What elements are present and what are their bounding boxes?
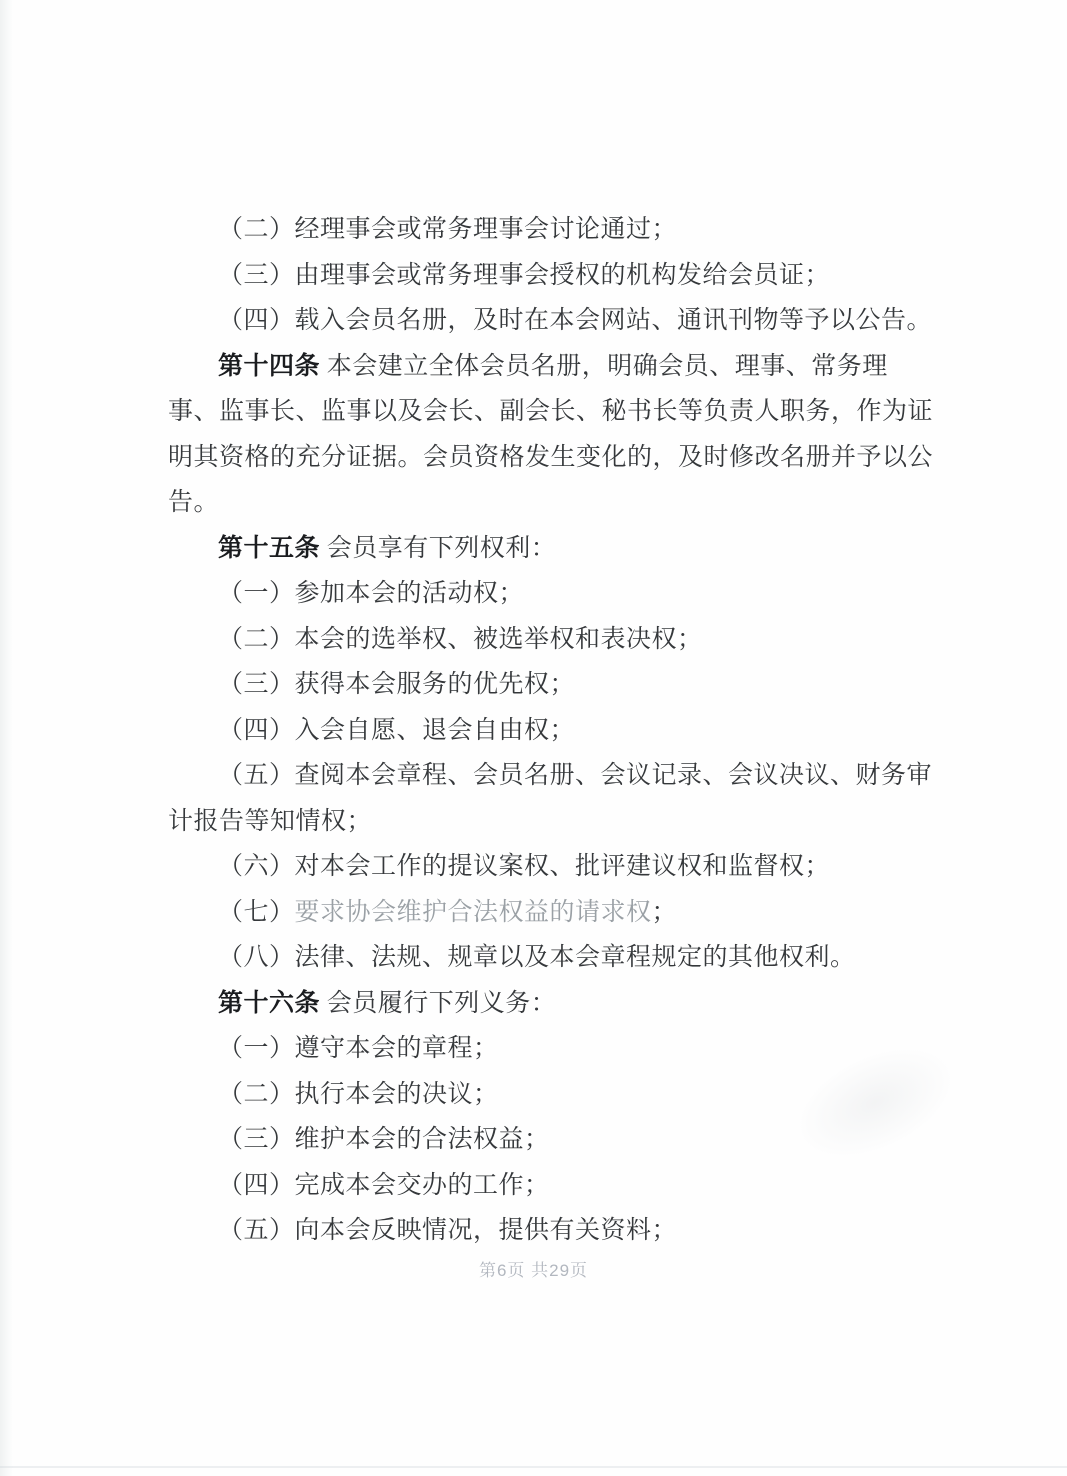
document-line: （四）入会自愿、退会自由权；: [168, 708, 947, 754]
document-line: （四）载入会员名册，及时在本会网站、通讯刊物等予以公告。: [168, 298, 947, 344]
document-line: 告。: [168, 480, 947, 526]
article-heading: 第十六条: [218, 990, 320, 1017]
document-line: （五）向本会反映情况，提供有关资料；: [168, 1208, 947, 1254]
article-heading: 第十五条: [218, 535, 320, 562]
document-line: 事、监事长、监事以及会长、副会长、秘书长等负责人职务，作为证: [168, 389, 947, 435]
body-text: ；: [652, 899, 678, 926]
article-heading: 第十四条: [218, 353, 320, 380]
body-text: （五）查阅本会章程、会员名册、会议记录、会议决议、财务审: [218, 762, 932, 789]
body-text: 会员履行下列义务：: [320, 990, 556, 1017]
document-line: 第十五条 会员享有下列权利：: [168, 526, 947, 572]
muted-text: 要求协会维护合法权益的请求权: [295, 899, 652, 926]
document-line: 明其资格的充分证据。会员资格发生变化的，及时修改名册并予以公: [168, 435, 947, 481]
body-text: （四）完成本会交办的工作；: [218, 1172, 550, 1199]
body-text: 会员享有下列权利：: [320, 535, 556, 562]
body-text: （二）执行本会的决议；: [218, 1081, 499, 1108]
document-line: （三）维护本会的合法权益；: [168, 1117, 947, 1163]
document-line: （二）执行本会的决议；: [168, 1072, 947, 1118]
document-line: （二）本会的选举权、被选举权和表决权；: [168, 617, 947, 663]
page-number-indicator: 第6页 共29页: [0, 1258, 1067, 1284]
document-line: （五）查阅本会章程、会员名册、会议记录、会议决议、财务审: [168, 753, 947, 799]
scan-bottom-edge: [0, 1466, 1067, 1468]
document-line: （四）完成本会交办的工作；: [168, 1163, 947, 1209]
document-line: （一）参加本会的活动权；: [168, 571, 947, 617]
document-line: （六）对本会工作的提议案权、批评建议权和监督权；: [168, 844, 947, 890]
body-text: 事、监事长、监事以及会长、副会长、秘书长等负责人职务，作为证: [168, 398, 933, 425]
document-line: （七）要求协会维护合法权益的请求权；: [168, 890, 947, 936]
body-text: （四）载入会员名册，及时在本会网站、通讯刊物等予以公告。: [218, 307, 932, 334]
document-line: （三）由理事会或常务理事会授权的机构发给会员证；: [168, 253, 947, 299]
document-line: （一）遵守本会的章程；: [168, 1026, 947, 1072]
body-text: 计报告等知情权；: [168, 808, 372, 835]
body-text: （七）: [218, 899, 295, 926]
body-text: （八）法律、法规、规章以及本会章程规定的其他权利。: [218, 944, 856, 971]
body-text: （三）维护本会的合法权益；: [218, 1126, 550, 1153]
body-text: 告。: [168, 489, 219, 516]
body-text: （一）参加本会的活动权；: [218, 580, 524, 607]
body-text: （三）获得本会服务的优先权；: [218, 671, 575, 698]
body-text: （三）由理事会或常务理事会授权的机构发给会员证；: [218, 262, 830, 289]
document-lines: （二）经理事会或常务理事会讨论通过；（三）由理事会或常务理事会授权的机构发给会员…: [168, 207, 947, 1254]
body-text: （二）本会的选举权、被选举权和表决权；: [218, 626, 703, 653]
document-line: （二）经理事会或常务理事会讨论通过；: [168, 207, 947, 253]
document-line: 计报告等知情权；: [168, 799, 947, 845]
scan-left-edge: [0, 0, 13, 1476]
body-text: （二）经理事会或常务理事会讨论通过；: [218, 216, 677, 243]
document-line: 第十四条 本会建立全体会员名册，明确会员、理事、常务理: [168, 344, 947, 390]
document-line: （八）法律、法规、规章以及本会章程规定的其他权利。: [168, 935, 947, 981]
body-text: （六）对本会工作的提议案权、批评建议权和监督权；: [218, 853, 830, 880]
document-line: 第十六条 会员履行下列义务：: [168, 981, 947, 1027]
document-line: （三）获得本会服务的优先权；: [168, 662, 947, 708]
body-text: 明其资格的充分证据。会员资格发生变化的，及时修改名册并予以公: [168, 444, 933, 471]
body-text: （五）向本会反映情况，提供有关资料；: [218, 1217, 677, 1244]
body-text: （四）入会自愿、退会自由权；: [218, 717, 575, 744]
body-text: （一）遵守本会的章程；: [218, 1035, 499, 1062]
document-page: （二）经理事会或常务理事会讨论通过；（三）由理事会或常务理事会授权的机构发给会员…: [0, 0, 1067, 1476]
body-text: 本会建立全体会员名册，明确会员、理事、常务理: [320, 353, 888, 380]
